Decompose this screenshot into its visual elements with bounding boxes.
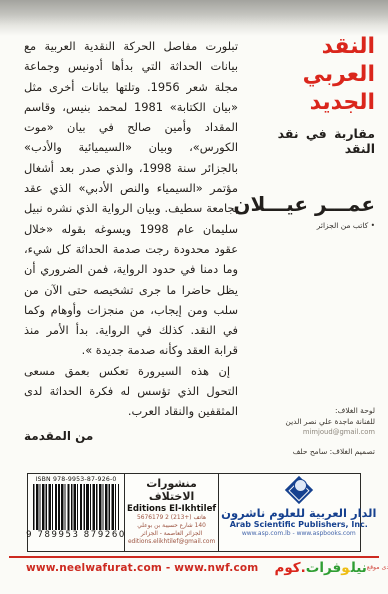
barcode-digits: 9 789953 879260 [26, 530, 126, 540]
logo-part-wa: و [341, 560, 349, 576]
book-title-line1: النقد العربي [243, 33, 375, 89]
asp-websites: www.asp.com.lb - www.aspbooks.com [221, 530, 376, 537]
scan-shadow [0, 0, 388, 36]
isbn-number: ISBN 978-9953-87-926-0 [35, 476, 116, 483]
cover-art-label: لوحة الغلاف: [225, 406, 375, 417]
cover-designer: تصميم الغلاف: سامح حلف [225, 447, 375, 458]
elikhtilef-address: 140 شارع حسيبة بن بوعلي [127, 522, 216, 530]
elikhtilef-email: editions.elikhtilef@gmail.com [127, 538, 216, 546]
isbn-barcode-section: ISBN 978-9953-87-926-0 9 789953 879260 [28, 474, 125, 551]
asp-name-english: Arab Scientific Publishers, Inc. [221, 520, 376, 529]
logo-part-neel: نيل [351, 560, 367, 576]
elikhtilef-logo-arabic: منشورات الاختلاف [127, 477, 216, 503]
cover-artist: للفنانة ماجدة علي نصر الدين [225, 417, 375, 428]
logo-part-furat: فرات [306, 560, 341, 576]
barcode-bars-icon [33, 484, 119, 530]
publisher-box: ISBN 978-9953-87-926-0 9 789953 879260 م… [27, 473, 361, 552]
blurb-column: تبلورت مفاصل الحركة النقدية العربية مع ب… [24, 36, 238, 443]
arab-scientific-publishers-section: الدار العربية للعلوم ناشرون Arab Scienti… [219, 474, 378, 551]
editions-elikhtilef-section: منشورات الاختلاف Editions El-Ikhtilef ها… [125, 474, 219, 551]
book-subtitle: مقاربة في نقد النقد [243, 126, 375, 156]
elikhtilef-phone: هاتف (+213) 2 5676179 [127, 514, 216, 522]
artist-email: mimjoud@gmail.com [225, 427, 375, 438]
neelwafurat-urls: www.neelwafurat.com - www.nwf.com [26, 562, 258, 574]
asp-name-arabic: الدار العربية للعلوم ناشرون [221, 506, 376, 520]
neelwafurat-logo: نيلوفرات.كوم [274, 560, 366, 576]
book-title: النقد العربي الجديد [243, 33, 375, 117]
neelwafurat-strip: www.neelwafurat.com - www.nwf.com نيلوفر… [9, 558, 381, 577]
author-note: • كاتب من الجزائر [243, 221, 375, 230]
title-column: النقد العربي الجديد مقاربة في نقد النقد … [243, 33, 375, 230]
elikhtilef-city: الجزائر العاصمة - الجزائر [127, 530, 216, 538]
logo-part-dotcom: .كوم [274, 560, 305, 576]
availability-note: جميع كتبنا متوفرة لدى موقع [367, 564, 388, 571]
cover-credits: لوحة الغلاف: للفنانة ماجدة علي نصر الدين… [225, 406, 375, 457]
globe-icon [294, 479, 307, 492]
asp-diamond-logo-icon [284, 475, 314, 505]
blurb-paragraph-1: تبلورت مفاصل الحركة النقدية العربية مع ب… [24, 36, 238, 361]
elikhtilef-name-english: Editions El-Ikhtilef [127, 504, 216, 514]
author-name: عمـــر عيـــلان [243, 192, 375, 216]
book-title-line2: الجديد [243, 89, 375, 117]
from-introduction-label: من المقدمة [24, 429, 238, 443]
blurb-paragraph-2: إن هذه السيرورة تعكس بعمق مسعى التحول ال… [24, 361, 238, 422]
book-back-cover: النقد العربي الجديد مقاربة في نقد النقد … [0, 0, 388, 594]
